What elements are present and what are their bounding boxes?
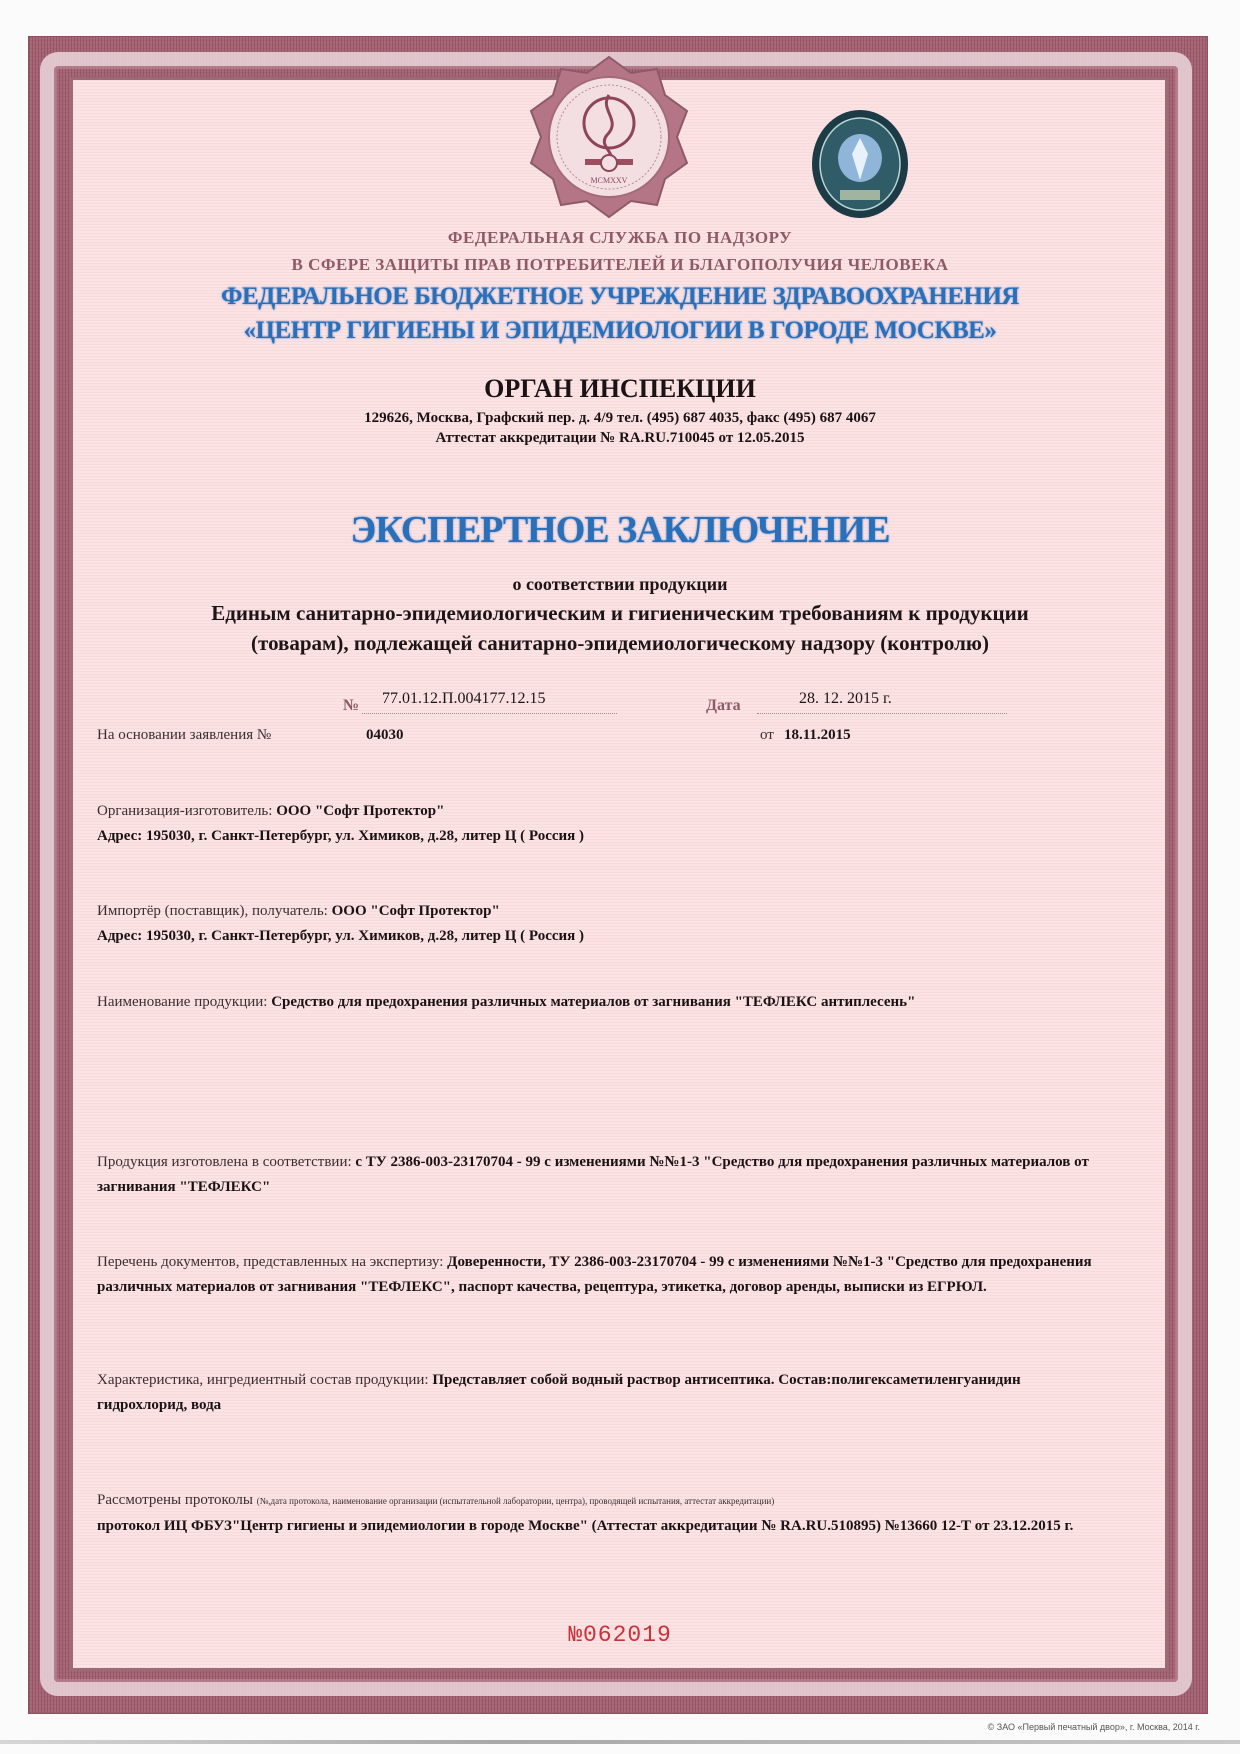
printer-imprint: © ЗАО «Первый печатный двор», г. Москва,… — [988, 1722, 1200, 1732]
importer-field: Импортёр (поставщик), получатель: ООО "С… — [97, 899, 1147, 949]
hologram-seal-icon — [810, 108, 910, 220]
importer-address: Адрес: 195030, г. Санкт-Петербург, ул. Х… — [97, 928, 584, 944]
manufacturer-label: Организация-изготовитель: — [97, 803, 276, 819]
inspection-body-address: 129626, Москва, Графский пер. д. 4/9 тел… — [0, 410, 1240, 427]
protocols-field: Рассмотрены протоколы (№,дата протокола,… — [97, 1488, 1167, 1539]
manufactured-per-field: Продукция изготовлена в соответствии: с … — [97, 1150, 1097, 1200]
institution-name-line1: ФЕДЕРАЛЬНОЕ БЮДЖЕТНОЕ УЧРЕЖДЕНИЕ ЗДРАВОО… — [0, 283, 1240, 311]
registration-number: 77.01.12.П.004177.12.15 — [362, 690, 617, 714]
importer-value: ООО "Софт Протектор" — [332, 903, 500, 919]
product-name-label: Наименование продукции: — [97, 994, 271, 1010]
importer-label: Импортёр (поставщик), получатель: — [97, 903, 332, 919]
manufacturer-address: Адрес: 195030, г. Санкт-Петербург, ул. Х… — [97, 828, 584, 844]
institution-name-line2: «ЦЕНТР ГИГИЕНЫ И ЭПИДЕМИОЛОГИИ В ГОРОДЕ … — [0, 317, 1240, 345]
agency-name-line2: В СФЕРЕ ЗАЩИТЫ ПРАВ ПОТРЕБИТЕЛЕЙ И БЛАГО… — [0, 255, 1240, 275]
product-name-value: Средство для предохранения различных мат… — [271, 994, 915, 1010]
product-name-field: Наименование продукции: Средство для пре… — [97, 990, 1117, 1015]
application-number: 04030 — [366, 727, 404, 744]
application-basis-label: На основании заявления № — [97, 727, 271, 744]
document-title: ЭКСПЕРТНОЕ ЗАКЛЮЧЕНИЕ — [0, 508, 1240, 552]
medical-emblem-icon: MCMXXV — [527, 55, 692, 220]
svg-text:MCMXXV: MCMXXV — [591, 176, 628, 185]
application-from-label: от — [760, 727, 774, 744]
inspection-body-accreditation: Аттестат аккредитации № RA.RU.710045 от … — [0, 430, 1240, 447]
registration-date: 28. 12. 2015 г. — [757, 690, 1007, 714]
protocols-value: протокол ИЦ ФБУЗ"Центр гигиены и эпидеми… — [97, 1518, 1073, 1534]
document-subtitle-3: (товарам), подлежащей санитарно-эпидемио… — [0, 631, 1240, 656]
scan-edge-shadow — [0, 1740, 1240, 1744]
manufacturer-field: Организация-изготовитель: ООО "Софт Прот… — [97, 799, 1147, 849]
document-subtitle-2: Единым санитарно-эпидемиологическим и ги… — [0, 601, 1240, 626]
documents-field: Перечень документов, представленных на э… — [97, 1250, 1147, 1300]
composition-label: Характеристика, ингредиентный состав про… — [97, 1372, 432, 1388]
composition-field: Характеристика, ингредиентный состав про… — [97, 1368, 1097, 1418]
protocols-hint: (№,дата протокола, наименование организа… — [257, 1496, 775, 1506]
inspection-body-title: ОРГАН ИНСПЕКЦИИ — [0, 374, 1240, 404]
form-serial-number: №062019 — [0, 1622, 1240, 1648]
manufactured-per-label: Продукция изготовлена в соответствии: — [97, 1154, 355, 1170]
documents-label: Перечень документов, представленных на э… — [97, 1254, 447, 1270]
registration-date-label: Дата — [706, 697, 741, 715]
registration-number-label: № — [343, 697, 359, 715]
agency-name-line1: ФЕДЕРАЛЬНАЯ СЛУЖБА ПО НАДЗОРУ — [0, 228, 1240, 248]
protocols-label: Рассмотрены протоколы — [97, 1492, 257, 1508]
manufacturer-value: ООО "Софт Протектор" — [276, 803, 444, 819]
application-date: 18.11.2015 — [784, 727, 851, 744]
document-subtitle-1: о соответствии продукции — [0, 574, 1240, 595]
